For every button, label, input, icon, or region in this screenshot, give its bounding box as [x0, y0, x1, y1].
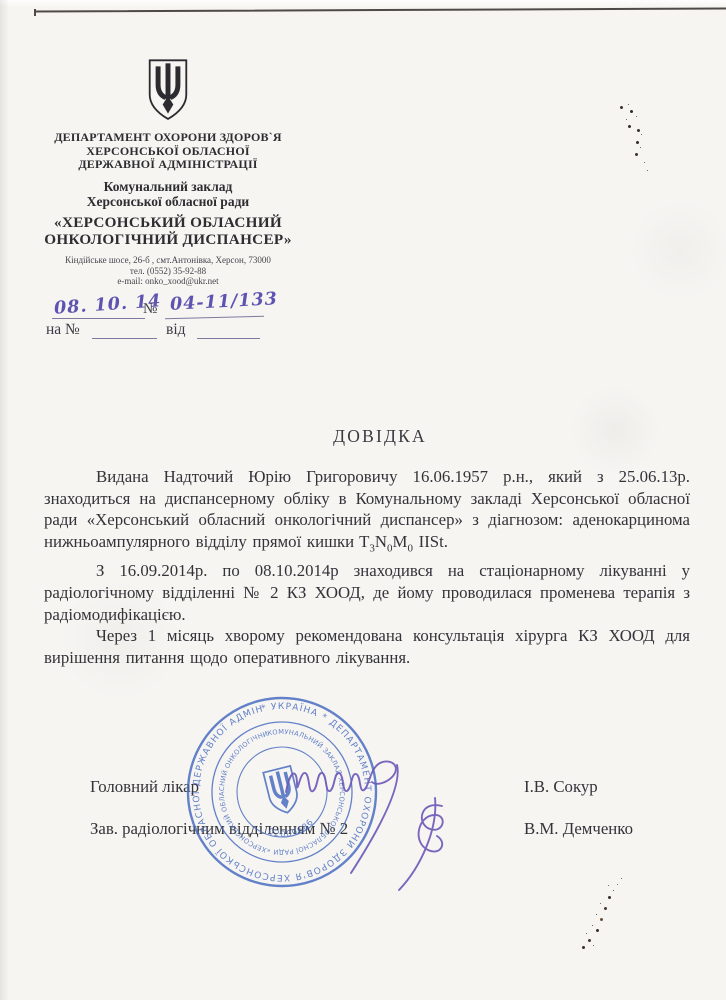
reference-block: 08. 10. 14 № 04-11/133 на № від [44, 294, 284, 354]
reply-from-label: від [166, 321, 186, 339]
tnm-staging: T3N0M0 [359, 532, 413, 551]
department-line-1: ДЕПАРТАМЕНТ ОХОРОНИ ЗДОРОВ`Я [18, 131, 318, 145]
ink-speckles-bottom-right [582, 946, 585, 949]
department-head-name: В.М. Демченко [524, 819, 633, 839]
ink-speckles-top-right [620, 106, 623, 109]
chief-doctor-signature [286, 761, 396, 792]
department-line-3: ДЕРЖАВНОЇ АДМІНІСТРАЦІЇ [18, 158, 318, 172]
handwritten-number: 04-11/133 [170, 289, 279, 315]
org-phone: тел. (0552) 35-92-88 [18, 266, 318, 277]
reply-to-underline [92, 338, 157, 339]
letterhead: ДЕПАРТАМЕНТ ОХОРОНИ ЗДОРОВ`Я ХЕРСОНСЬКОЇ… [18, 58, 318, 287]
department-line-2: ХЕРСОНСЬКОЇ ОБЛАСНОЇ [18, 145, 318, 159]
stage-text: IISt. [413, 532, 448, 551]
reply-to-label: на № [46, 321, 80, 339]
pen-signatures-overlay [270, 740, 470, 900]
scan-top-edge-tick [34, 9, 36, 16]
org-email: e-mail: onko_xood@ukr.net [18, 276, 318, 287]
department-head-signature [419, 805, 443, 851]
trident-emblem-icon [145, 58, 191, 122]
org-address: Кіндійське шосе, 26-б , смт.Антонівка, Х… [18, 255, 318, 266]
org-type-line: Комунальний заклад [18, 179, 318, 195]
number-underline [165, 316, 264, 320]
date-underline [52, 318, 145, 319]
document-body: Видана Надточий Юрію Григоровичу 16.06.1… [44, 466, 690, 669]
org-name-line-1: «ХЕРСОНСЬКИЙ ОБЛАСНИЙ [18, 214, 318, 232]
paragraph-diagnosis: Видана Надточий Юрію Григоровичу 16.06.1… [44, 466, 690, 560]
chief-doctor-signature-tail [351, 765, 398, 873]
scan-top-edge-line [34, 7, 726, 12]
department-head-signature-tail [399, 798, 435, 890]
chief-doctor-name: І.В. Сокур [524, 777, 598, 797]
document-title: ДОВІДКА [44, 426, 690, 447]
reply-from-underline [197, 338, 260, 339]
org-name-line-2: ОНКОЛОГІЧНИЙ ДИСПАНСЕР» [18, 231, 318, 249]
scanned-document-page: ДЕПАРТАМЕНТ ОХОРОНИ ЗДОРОВ`Я ХЕРСОНСЬКОЇ… [0, 0, 726, 1000]
paragraph-treatment: З 16.09.2014р. по 08.10.2014р знаходився… [44, 560, 690, 625]
org-council-line: Херсонської обласної ради [18, 194, 318, 210]
number-symbol: № [143, 301, 157, 318]
paragraph-recommendation: Через 1 місяць хворому рекомендована кон… [44, 625, 690, 668]
